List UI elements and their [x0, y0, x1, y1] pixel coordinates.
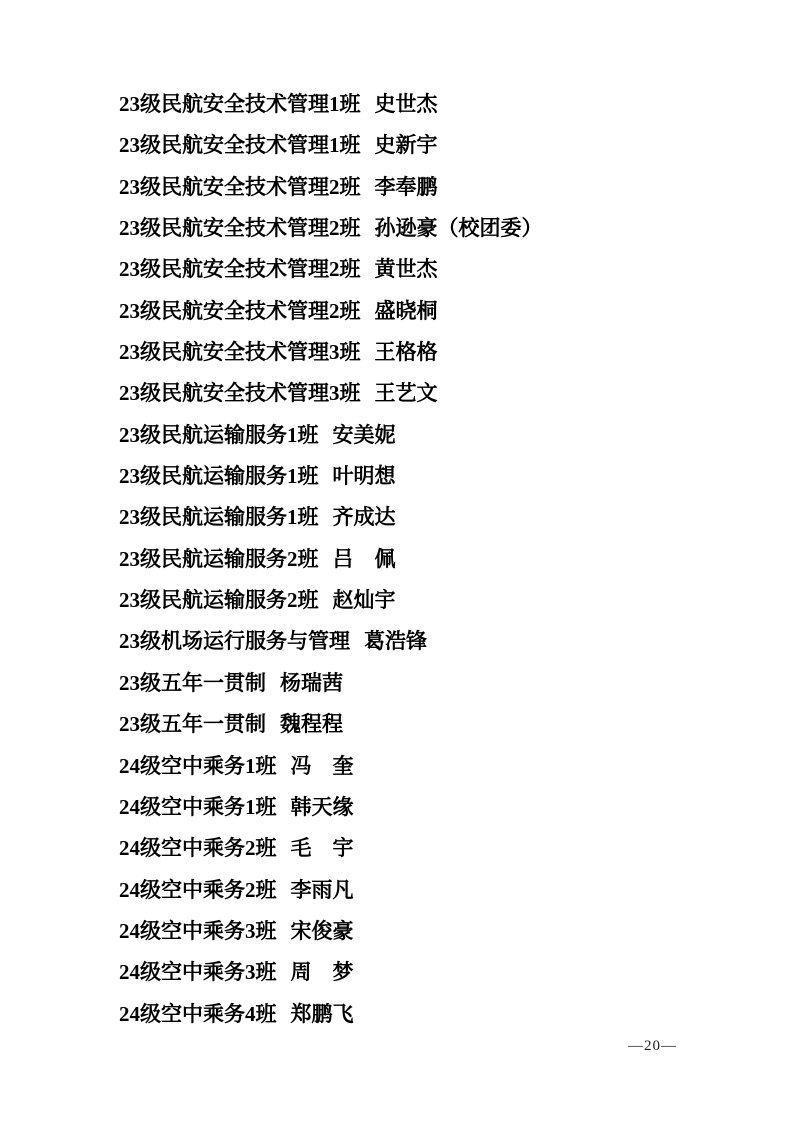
- roster-list: 23级民航安全技术管理1班史世杰 23级民航安全技术管理1班史新宇 23级民航安…: [119, 84, 773, 1035]
- roster-row: 24级空中乘务2班李雨凡: [119, 870, 773, 911]
- student-name: 周 梦: [291, 960, 354, 984]
- roster-row: 24级空中乘务2班毛 宇: [119, 828, 773, 869]
- student-name: 韩天缘: [291, 795, 354, 819]
- class-label: 23级民航运输服务2班: [119, 588, 319, 612]
- student-name: 郑鹏飞: [291, 1002, 354, 1026]
- roster-row: 24级空中乘务3班周 梦: [119, 952, 773, 993]
- class-label: 24级空中乘务1班: [119, 754, 277, 778]
- roster-row: 23级民航运输服务1班齐成达: [119, 497, 773, 538]
- class-label: 23级民航安全技术管理3班: [119, 340, 361, 364]
- roster-row: 23级民航安全技术管理1班史新宇: [119, 125, 773, 166]
- class-label: 24级空中乘务2班: [119, 878, 277, 902]
- class-label: 24级空中乘务1班: [119, 795, 277, 819]
- student-name: 史世杰: [375, 92, 438, 116]
- roster-row: 23级民航安全技术管理3班王艺文: [119, 373, 773, 414]
- student-name: 李雨凡: [291, 878, 354, 902]
- student-name: 王艺文: [375, 381, 438, 405]
- roster-row: 23级民航安全技术管理2班黄世杰: [119, 249, 773, 290]
- student-name: 盛晓桐: [375, 299, 438, 323]
- class-label: 23级民航安全技术管理2班: [119, 257, 361, 281]
- class-label: 23级五年一贯制: [119, 712, 266, 736]
- class-label: 24级空中乘务2班: [119, 836, 277, 860]
- roster-row: 23级机场运行服务与管理葛浩锋: [119, 621, 773, 662]
- class-label: 24级空中乘务3班: [119, 919, 277, 943]
- student-name: 冯 奎: [291, 754, 354, 778]
- roster-row: 23级民航安全技术管理2班孙逊豪（校团委）: [119, 208, 773, 249]
- student-name: 孙逊豪（校团委）: [375, 216, 543, 240]
- student-name: 葛浩锋: [364, 629, 427, 653]
- roster-row: 23级民航安全技术管理2班盛晓桐: [119, 291, 773, 332]
- class-label: 23级民航运输服务1班: [119, 423, 319, 447]
- student-name: 史新宇: [375, 133, 438, 157]
- class-label: 23级五年一贯制: [119, 671, 266, 695]
- student-name: 安美妮: [333, 423, 396, 447]
- roster-row: 24级空中乘务1班韩天缘: [119, 787, 773, 828]
- roster-row: 23级五年一贯制杨瑞茜: [119, 663, 773, 704]
- roster-row: 23级民航安全技术管理3班王格格: [119, 332, 773, 373]
- page-number: —20—: [628, 1038, 677, 1055]
- class-label: 23级民航安全技术管理1班: [119, 92, 361, 116]
- roster-row: 23级民航运输服务2班赵灿宇: [119, 580, 773, 621]
- class-label: 23级民航运输服务1班: [119, 505, 319, 529]
- student-name: 齐成达: [333, 505, 396, 529]
- roster-row: 23级五年一贯制魏程程: [119, 704, 773, 745]
- class-label: 23级民航安全技术管理2班: [119, 216, 361, 240]
- roster-row: 24级空中乘务4班郑鹏飞: [119, 994, 773, 1035]
- student-name: 叶明想: [333, 464, 396, 488]
- roster-row: 23级民航运输服务1班安美妮: [119, 415, 773, 456]
- class-label: 24级空中乘务4班: [119, 1002, 277, 1026]
- student-name: 李奉鹏: [375, 175, 438, 199]
- student-name: 赵灿宇: [333, 588, 396, 612]
- student-name: 宋俊豪: [291, 919, 354, 943]
- roster-row: 24级空中乘务3班宋俊豪: [119, 911, 773, 952]
- class-label: 23级民航安全技术管理2班: [119, 299, 361, 323]
- roster-row: 24级空中乘务1班冯 奎: [119, 746, 773, 787]
- document-page: 23级民航安全技术管理1班史世杰 23级民航安全技术管理1班史新宇 23级民航安…: [0, 0, 793, 1122]
- student-name: 吕 佩: [333, 547, 396, 571]
- class-label: 23级民航安全技术管理2班: [119, 175, 361, 199]
- student-name: 杨瑞茜: [280, 671, 343, 695]
- roster-row: 23级民航运输服务1班叶明想: [119, 456, 773, 497]
- student-name: 王格格: [375, 340, 438, 364]
- class-label: 23级民航安全技术管理1班: [119, 133, 361, 157]
- student-name: 魏程程: [280, 712, 343, 736]
- class-label: 23级机场运行服务与管理: [119, 629, 350, 653]
- student-name: 毛 宇: [291, 836, 354, 860]
- class-label: 23级民航运输服务2班: [119, 547, 319, 571]
- roster-row: 23级民航安全技术管理2班李奉鹏: [119, 167, 773, 208]
- student-name: 黄世杰: [375, 257, 438, 281]
- class-label: 24级空中乘务3班: [119, 960, 277, 984]
- roster-row: 23级民航运输服务2班吕 佩: [119, 539, 773, 580]
- class-label: 23级民航安全技术管理3班: [119, 381, 361, 405]
- roster-row: 23级民航安全技术管理1班史世杰: [119, 84, 773, 125]
- class-label: 23级民航运输服务1班: [119, 464, 319, 488]
